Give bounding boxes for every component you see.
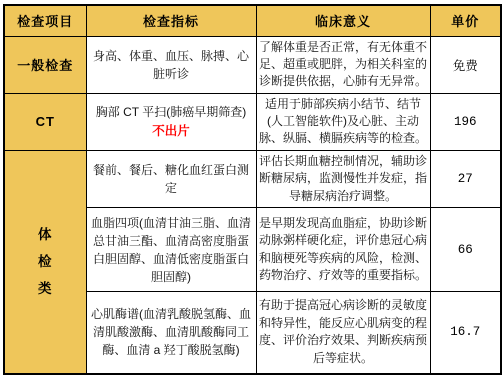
exam-item-general: 一般检查: [4, 36, 86, 93]
significance-general: 了解体重是否正常，有无体重不足、超重或肥胖，为相关科室的诊断提供依据，心肺有无异…: [256, 36, 430, 93]
price-cardiac-enzymes: 16.7: [430, 292, 501, 374]
table-header-row: 检查项目 检查指标 临床意义 单价: [4, 5, 501, 36]
exam-price-table: 检查项目 检查指标 临床意义 单价 一般检查 身高、体重、血压、脉搏、心脏听诊 …: [3, 4, 502, 375]
significance-glucose: 评估长期血糖控制情况，辅助诊断糖尿病，监测慢性并发症，指导糖尿病治疗调整。: [256, 150, 430, 207]
price-glucose: 27: [430, 150, 501, 207]
column-header-exam-item: 检查项目: [4, 5, 86, 36]
exam-item-ct: CT: [4, 93, 86, 150]
indicator-cardiac-enzymes: 心肌酶谱(血清乳酸脱氢酶、血清肌酸激酶、血清肌酸酶同工酶、血清 a 羟丁酸脱氢酶…: [86, 292, 256, 374]
page: 检查项目 检查指标 临床意义 单价 一般检查 身高、体重、血压、脉搏、心脏听诊 …: [0, 0, 503, 370]
table-row-general-exam: 一般检查 身高、体重、血压、脉搏、心脏听诊 了解体重是否正常，有无体重不足、超重…: [4, 36, 501, 93]
column-header-clinical-significance: 临床意义: [256, 5, 430, 36]
table-row-ct: CT 胸部 CT 平扫(肺癌早期筛查) 不出片 适用于肺部疾病小结节、结节(人工…: [4, 93, 501, 150]
indicator-ct-text: 胸部 CT 平扫(肺癌早期筛查): [96, 105, 246, 119]
exam-item-physical-category: 体检类: [4, 150, 86, 373]
indicator-lipid-panel: 血脂四项(血清甘油三脂、血清总甘油三酯、血清高密度脂蛋白胆固醇、血清低密度脂蛋白…: [86, 208, 256, 292]
indicator-ct: 胸部 CT 平扫(肺癌早期筛查) 不出片: [86, 93, 256, 150]
physical-category-label: 体检类: [37, 221, 53, 302]
no-film-warning-text: 不出片: [90, 122, 253, 141]
price-general: 免费: [430, 36, 501, 93]
table-row-glucose: 体检类 餐前、餐后、糖化血红蛋白测定 评估长期血糖控制情况，辅助诊断糖尿病，监测…: [4, 150, 501, 207]
significance-lipid-panel: 是早期发现高血脂症，协助诊断动脉粥样硬化症，评价患冠心病和脑梗死等疾病的风险，检…: [256, 208, 430, 292]
indicator-general: 身高、体重、血压、脉搏、心脏听诊: [86, 36, 256, 93]
column-header-exam-indicator: 检查指标: [86, 5, 256, 36]
significance-cardiac-enzymes: 有助于提高冠心病诊断的灵敏度和特异性，能反应心肌病变的程度、评价治疗效果、判断疾…: [256, 292, 430, 374]
price-ct: 196: [430, 93, 501, 150]
indicator-glucose: 餐前、餐后、糖化血红蛋白测定: [86, 150, 256, 207]
price-lipid-panel: 66: [430, 208, 501, 292]
significance-ct: 适用于肺部疾病小结节、结节(人工智能软件)及心脏、主动脉、纵膈、横膈疾病等的检查…: [256, 93, 430, 150]
column-header-unit-price: 单价: [430, 5, 501, 36]
